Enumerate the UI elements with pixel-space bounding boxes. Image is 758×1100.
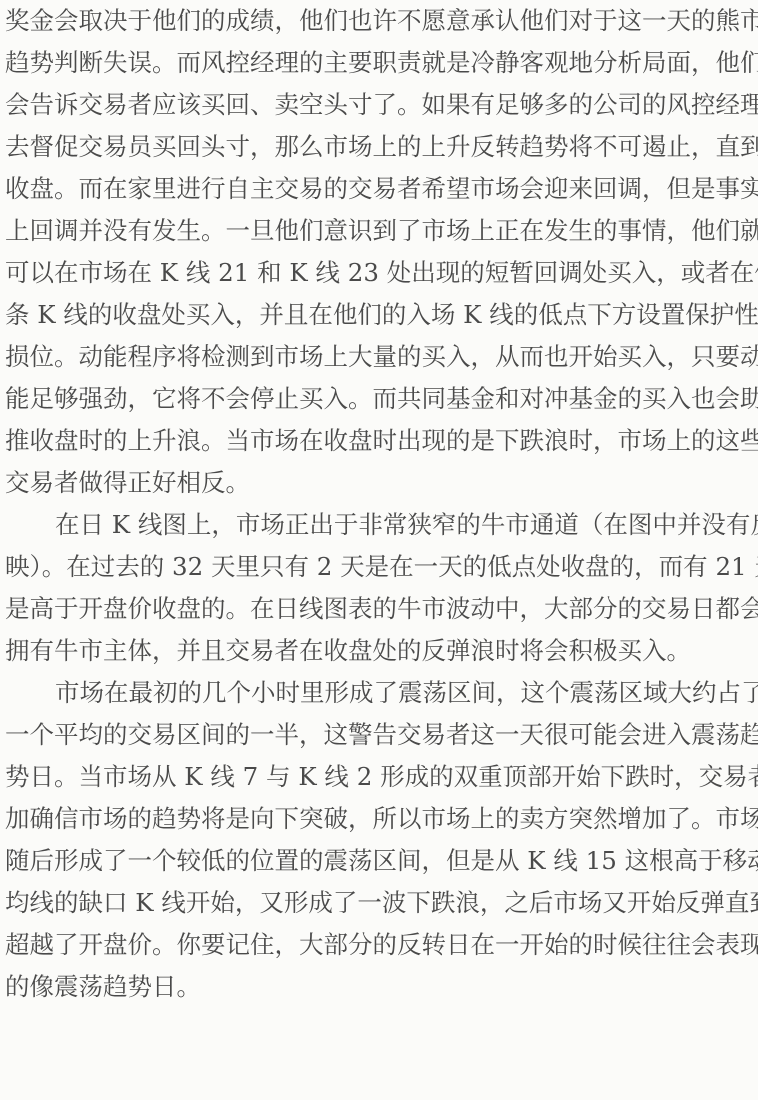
text-line: 超越了开盘价。你要记住，大部分的反转日在一开始的时候往往会表现 — [5, 924, 753, 966]
text-line: 可以在市场在 K 线 21 和 K 线 23 处出现的短暂回调处买入，或者在任一 — [5, 252, 753, 294]
text-line: 的像震荡趋势日。 — [5, 966, 753, 1008]
text-line: 损位。动能程序将检测到市场上大量的买入，从而也开始买入，只要动 — [5, 336, 753, 378]
text-line: 上回调并没有发生。一旦他们意识到了市场上正在发生的事情，他们就 — [5, 210, 753, 252]
text-line: 一个平均的交易区间的一半，这警告交易者这一天很可能会进入震荡趋 — [5, 714, 753, 756]
text-line: 随后形成了一个较低的位置的震荡区间，但是从 K 线 15 这根高于移动平 — [5, 840, 753, 882]
text-line: 市场在最初的几个小时里形成了震荡区间，这个震荡区域大约占了 — [5, 672, 753, 714]
text-line: 映）。在过去的 32 天里只有 2 天是在一天的低点处收盘的，而有 21 天则 — [5, 546, 753, 588]
text-line: 趋势判断失误。而风控经理的主要职责就是冷静客观地分析局面，他们 — [5, 42, 753, 84]
text-line: 条 K 线的收盘处买入，并且在他们的入场 K 线的低点下方设置保护性止 — [5, 294, 753, 336]
text-line: 收盘。而在家里进行自主交易的交易者希望市场会迎来回调，但是事实 — [5, 168, 753, 210]
text-line: 能足够强劲，它将不会停止买入。而共同基金和对冲基金的买入也会助 — [5, 378, 753, 420]
text-line: 交易者做得正好相反。 — [5, 462, 753, 504]
text-line: 加确信市场的趋势将是向下突破，所以市场上的卖方突然增加了。市场 — [5, 798, 753, 840]
text-line: 在日 K 线图上，市场正出于非常狭窄的牛市通道（在图中并没有反 — [5, 504, 753, 546]
text-line: 拥有牛市主体，并且交易者在收盘处的反弹浪时将会积极买入。 — [5, 630, 753, 672]
text-line: 推收盘时的上升浪。当市场在收盘时出现的是下跌浪时，市场上的这些 — [5, 420, 753, 462]
text-line: 会告诉交易者应该买回、卖空头寸了。如果有足够多的公司的风控经理 — [5, 84, 753, 126]
text-line: 势日。当市场从 K 线 7 与 K 线 2 形成的双重顶部开始下跌时，交易者更 — [5, 756, 753, 798]
text-line: 去督促交易员买回头寸，那么市场上的上升反转趋势将不可遏止，直到 — [5, 126, 753, 168]
text-line: 奖金会取决于他们的成绩，他们也许不愿意承认他们对于这一天的熊市 — [5, 0, 753, 42]
text-line: 均线的缺口 K 线开始，又形成了一波下跌浪，之后市场又开始反弹直到 — [5, 882, 753, 924]
text-line: 是高于开盘价收盘的。在日线图表的牛市波动中，大部分的交易日都会 — [5, 588, 753, 630]
